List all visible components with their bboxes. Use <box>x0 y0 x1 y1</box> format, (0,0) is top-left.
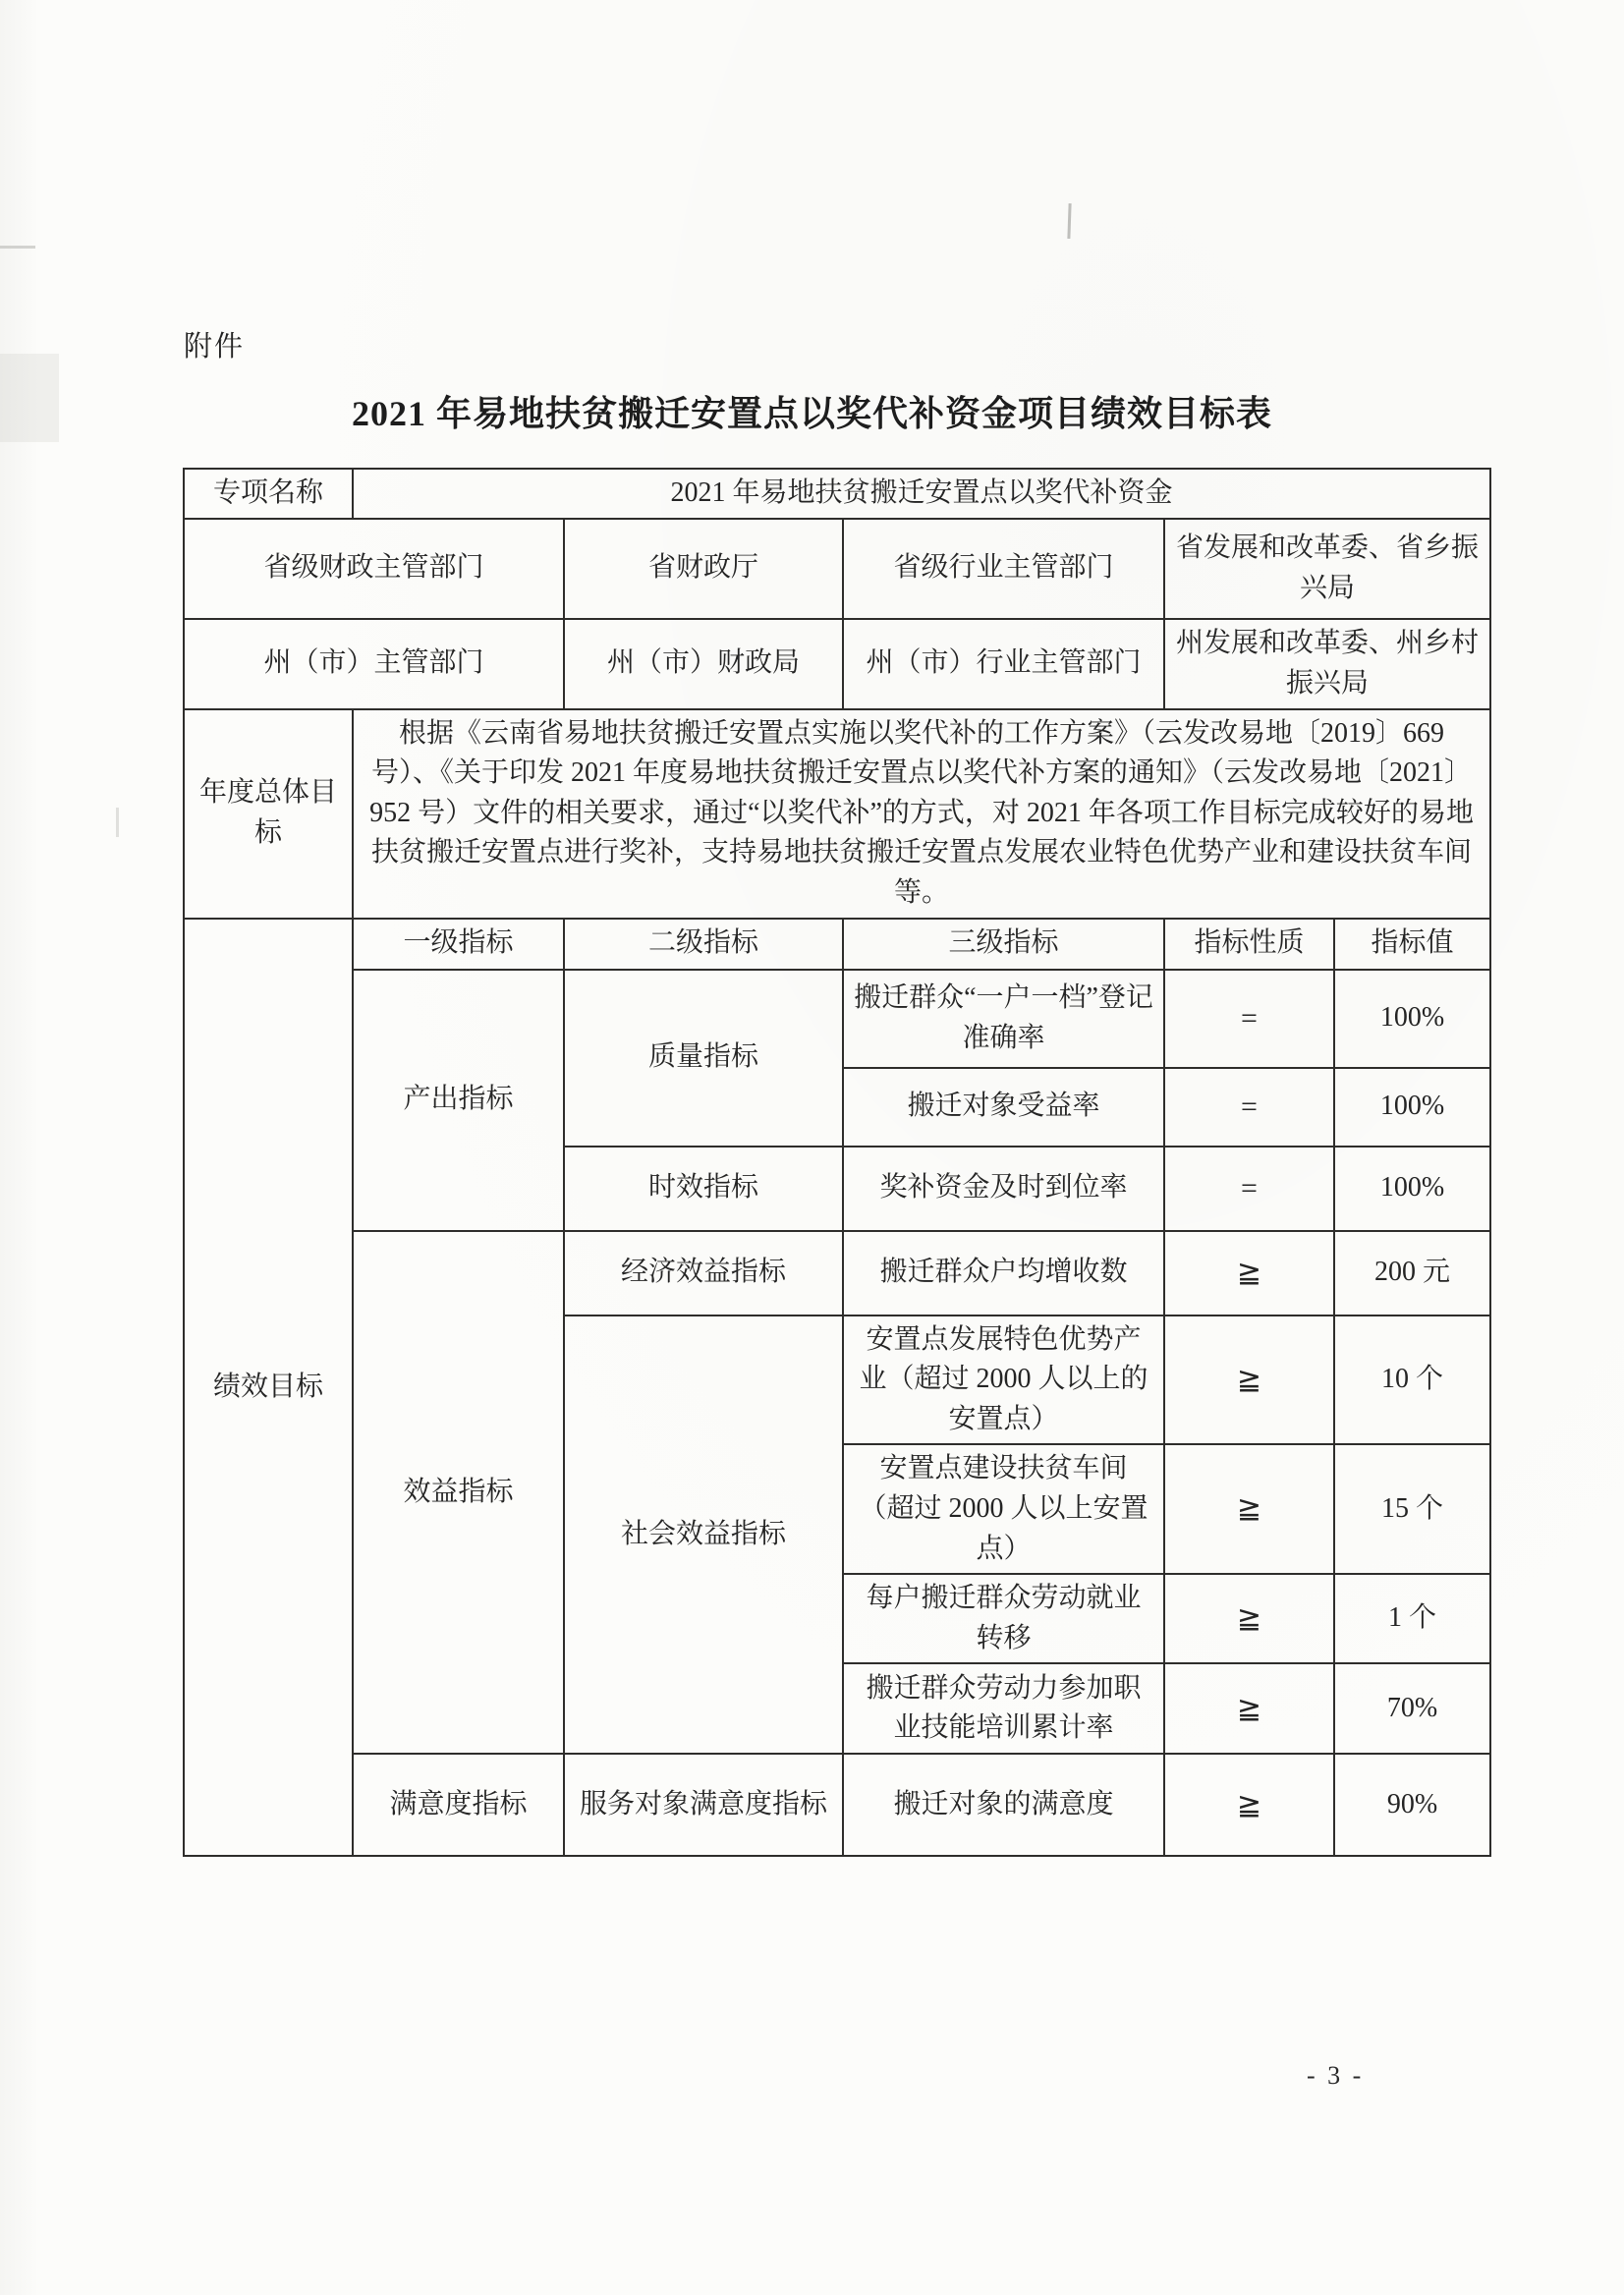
scanned-document-page: 附件 2021 年易地扶贫搬迁安置点以奖代补资金项目绩效目标表 专项名称 202… <box>0 0 1624 2295</box>
level3-cell: 安置点建设扶贫车间（超过 2000 人以上安置点） <box>843 1444 1164 1574</box>
header-value: 指标值 <box>1334 919 1490 970</box>
value-cell: 100% <box>1334 1068 1490 1147</box>
nature-cell: ≧ <box>1164 1574 1334 1663</box>
project-name-value: 2021 年易地扶贫搬迁安置点以奖代补资金 <box>353 469 1490 519</box>
performance-target-table: 专项名称 2021 年易地扶贫搬迁安置点以奖代补资金 省级财政主管部门 省财政厅… <box>183 468 1491 1857</box>
attachment-label: 附件 <box>184 324 245 364</box>
level1-cell: 产出指标 <box>353 970 564 1231</box>
provincial-industry-dept-label: 省级行业主管部门 <box>843 519 1164 619</box>
table-row: 年度总体目标 根据《云南省易地扶贫搬迁安置点实施以奖代补的工作方案》（云发改易地… <box>184 709 1490 919</box>
header-level1: 一级指标 <box>353 919 564 970</box>
provincial-finance-dept-label: 省级财政主管部门 <box>184 519 564 619</box>
level3-cell: 搬迁群众劳动力参加职业技能培训累计率 <box>843 1663 1164 1754</box>
nature-cell: ≧ <box>1164 1315 1334 1445</box>
provincial-industry-dept-value: 省发展和改革委、省乡振兴局 <box>1164 519 1490 619</box>
level3-cell: 奖补资金及时到位率 <box>843 1147 1164 1231</box>
nature-cell: ≧ <box>1164 1663 1334 1754</box>
page-number: - 3 - <box>1307 2061 1364 2091</box>
value-cell: 70% <box>1334 1663 1490 1754</box>
table-row: 州（市）主管部门 州（市）财政局 州（市）行业主管部门 州发展和改革委、州乡村振… <box>184 619 1490 709</box>
level3-cell: 搬迁群众“一户一档”登记准确率 <box>843 970 1164 1068</box>
value-cell: 100% <box>1334 970 1490 1068</box>
level3-cell: 安置点发展特色优势产业（超过 2000 人以上的安置点） <box>843 1315 1164 1445</box>
level2-cell: 服务对象满意度指标 <box>564 1754 843 1856</box>
indicator-row: 满意度指标 服务对象满意度指标 搬迁对象的满意度 ≧ 90% <box>184 1754 1490 1856</box>
nature-cell: ≧ <box>1164 1231 1334 1315</box>
level2-cell: 质量指标 <box>564 970 843 1147</box>
indicator-row: 产出指标 质量指标 搬迁群众“一户一档”登记准确率 = 100% <box>184 970 1490 1068</box>
table-row: 省级财政主管部门 省财政厅 省级行业主管部门 省发展和改革委、省乡振兴局 <box>184 519 1490 619</box>
level1-cell: 满意度指标 <box>353 1754 564 1856</box>
header-level2: 二级指标 <box>564 919 843 970</box>
indicator-row: 效益指标 经济效益指标 搬迁群众户均增收数 ≧ 200 元 <box>184 1231 1490 1315</box>
value-cell: 90% <box>1334 1754 1490 1856</box>
value-cell: 1 个 <box>1334 1574 1490 1663</box>
value-cell: 200 元 <box>1334 1231 1490 1315</box>
table-row: 专项名称 2021 年易地扶贫搬迁安置点以奖代补资金 <box>184 469 1490 519</box>
annual-goal-label: 年度总体目标 <box>184 709 353 919</box>
nature-cell: = <box>1164 1147 1334 1231</box>
project-name-label: 专项名称 <box>184 469 353 519</box>
nature-cell: = <box>1164 970 1334 1068</box>
level2-cell: 时效指标 <box>564 1147 843 1231</box>
document-title: 2021 年易地扶贫搬迁安置点以奖代补资金项目绩效目标表 <box>0 386 1624 436</box>
header-nature: 指标性质 <box>1164 919 1334 970</box>
value-cell: 100% <box>1334 1147 1490 1231</box>
level2-cell: 经济效益指标 <box>564 1231 843 1315</box>
value-cell: 15 个 <box>1334 1444 1490 1574</box>
scan-artifact <box>116 808 119 837</box>
prefecture-industry-dept-value: 州发展和改革委、州乡村振兴局 <box>1164 619 1490 709</box>
nature-cell: ≧ <box>1164 1754 1334 1856</box>
value-cell: 10 个 <box>1334 1315 1490 1445</box>
prefecture-dept-label: 州（市）主管部门 <box>184 619 564 709</box>
provincial-finance-dept-value: 省财政厅 <box>564 519 843 619</box>
level3-cell: 搬迁群众户均增收数 <box>843 1231 1164 1315</box>
annual-goal-text: 根据《云南省易地扶贫搬迁安置点实施以奖代补的工作方案》（云发改易地〔2019〕6… <box>353 709 1490 919</box>
level1-cell: 效益指标 <box>353 1231 564 1755</box>
level3-cell: 每户搬迁群众劳动就业转移 <box>843 1574 1164 1663</box>
indicator-header-row: 绩效目标 一级指标 二级指标 三级指标 指标性质 指标值 <box>184 919 1490 970</box>
performance-goal-label: 绩效目标 <box>184 919 353 1857</box>
header-level3: 三级指标 <box>843 919 1164 970</box>
level2-cell: 社会效益指标 <box>564 1315 843 1755</box>
nature-cell: ≧ <box>1164 1444 1334 1574</box>
prefecture-industry-dept-label: 州（市）行业主管部门 <box>843 619 1164 709</box>
scan-artifact <box>0 246 35 249</box>
scan-artifact <box>1067 203 1071 239</box>
nature-cell: = <box>1164 1068 1334 1147</box>
level3-cell: 搬迁对象的满意度 <box>843 1754 1164 1856</box>
prefecture-finance-dept-value: 州（市）财政局 <box>564 619 843 709</box>
level3-cell: 搬迁对象受益率 <box>843 1068 1164 1147</box>
